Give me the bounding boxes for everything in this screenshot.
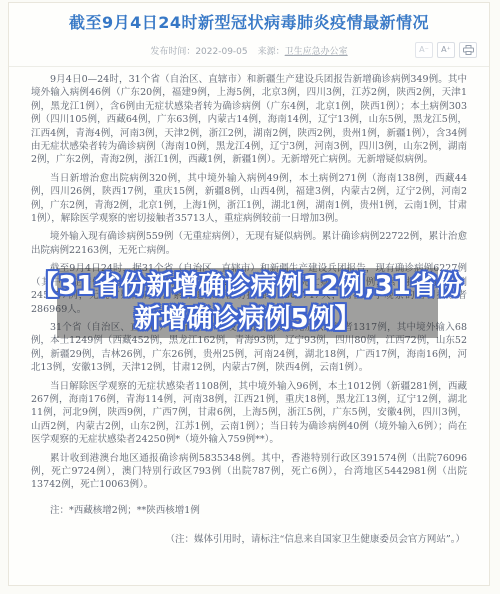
publish-date: 2022-09-05 — [195, 47, 247, 57]
overlay-headline-line2: 新增确诊病例5例】 — [134, 303, 360, 336]
paragraph-asymptomatic-released: 当日解除医学观察的无症状感染者1108例，其中境外输入96例，本土1012例（新… — [31, 380, 467, 447]
publish-time-label: 发布时间： — [150, 47, 195, 57]
font-increase-button[interactable]: A⁺ — [437, 42, 455, 58]
printer-icon — [463, 45, 474, 55]
page-title: 截至9月4日24时新型冠状病毒肺炎疫情最新情况 — [9, 11, 489, 35]
media-citation-note: （注：媒体引用时，请标注“信息来自国家卫生健康委员会官方网站”。） — [31, 533, 467, 546]
paragraph-new-confirmed: 9月4日0—24时，31个省（自治区、直辖市）和新疆生产建设兵团报告新增确诊病例… — [31, 73, 467, 167]
font-decrease-button[interactable]: A⁻ — [415, 42, 433, 58]
correction-note: 注：*西藏核增2例；**陕西核增1例 — [31, 504, 467, 517]
source-link[interactable]: 卫生应急办公室 — [285, 47, 348, 57]
meta-row: 发布时间：2022-09-05来源：卫生应急办公室 A⁻ A⁺ — [9, 44, 489, 62]
paragraph-hk-macao-taiwan: 累计收到港澳台地区通报确诊病例5835348例。其中，香港特别行政区391574… — [31, 452, 467, 492]
overlay-headline-line1: 【31省份新增确诊病例12例,31省份 — [32, 270, 462, 303]
source-label: 来源： — [258, 47, 285, 57]
headline-watermark-overlay: 【31省份新增确诊病例12例,31省份 新增确诊病例5例】 — [57, 268, 438, 338]
article-toolbar: A⁻ A⁺ — [415, 42, 477, 58]
paragraph-imported-current: 境外输入现有确诊病例559例（无重症病例），无现有疑似病例。累计确诊病例2272… — [31, 230, 467, 257]
paragraph-recovered: 当日新增治愈出院病例320例，其中境外输入病例49例，本土病例271例（海南13… — [31, 172, 467, 226]
print-button[interactable] — [459, 42, 477, 58]
